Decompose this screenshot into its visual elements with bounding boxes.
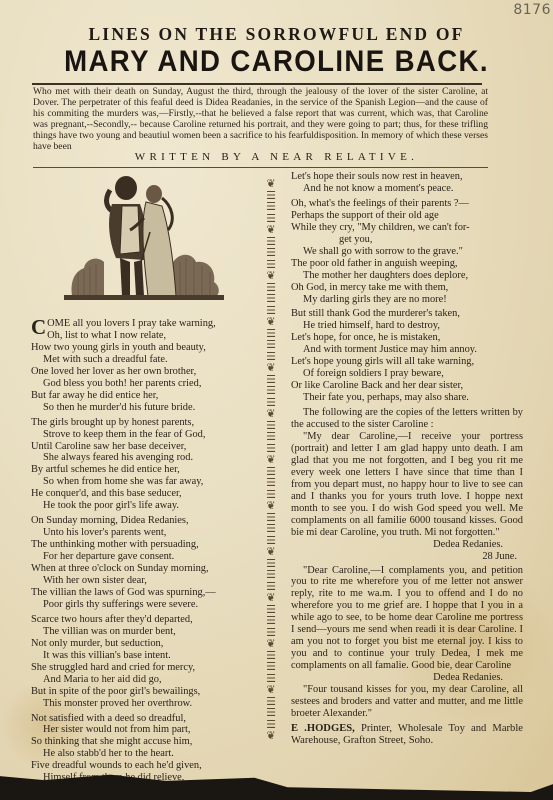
broadside-sheet: 8176 LINES ON THE SORROWFUL END OF MARY … <box>0 0 553 792</box>
verse-line: Her sister would not from him part, <box>31 724 266 736</box>
poem-left-column: C OME all you lovers I pray take warning… <box>31 318 266 787</box>
verse-line: And with torment Justice may him annoy. <box>291 344 523 356</box>
verse-line: But far away he did entice her, <box>31 390 266 402</box>
letters-section: The following are the copies of the lett… <box>291 407 523 746</box>
verse-line: This monster proved her overthrow. <box>31 698 266 710</box>
byline: WRITTEN BY A NEAR RELATIVE. <box>0 151 553 163</box>
scroll-ornament-icon: ☰ <box>266 431 276 443</box>
stanza: Oh, what's the feelings of their parents… <box>291 198 523 306</box>
verse-line: But still thank God the murderer's taken… <box>291 308 523 320</box>
fleuron-icon: ❦ <box>266 454 275 466</box>
verse-line: The mother her daughters does deplore, <box>291 270 523 282</box>
verse-line: Their fate you, perhaps, may also share. <box>291 392 523 404</box>
verse-line: He took the poor girl's life away. <box>31 500 266 512</box>
verse-line: Himself from them he did relieve, <box>31 772 266 784</box>
verse-line: My darling girls they are no more! <box>291 294 523 306</box>
verse-line: get you, <box>291 234 523 246</box>
scroll-ornament-icon: ☰ <box>266 385 276 397</box>
scroll-ornament-icon: ☰ <box>266 661 276 673</box>
stanza: The girls brought up by honest parents, … <box>31 417 266 513</box>
verse-line: Poor girls thy sufferings were severe. <box>31 599 266 611</box>
verse-line: The villian was on murder bent, <box>31 626 266 638</box>
verse-line: Let's hope their souls now rest in heave… <box>291 171 523 183</box>
verse-line: The unthinking mother with persuading, <box>31 539 266 551</box>
verse-line: So thinking that she might accuse him, <box>31 736 266 748</box>
column-rule <box>33 167 488 168</box>
fleuron-icon: ❦ <box>266 638 275 650</box>
fleuron-icon: ❦ <box>266 270 275 282</box>
fleuron-icon: ❦ <box>266 592 275 604</box>
scroll-ornament-icon: ☰ <box>266 247 276 259</box>
verse-line: How two young girls in youth and beauty, <box>31 342 266 354</box>
scroll-ornament-icon: ☰ <box>266 201 276 213</box>
title-rule <box>32 83 482 85</box>
scroll-ornament-icon: ☰ <box>266 339 276 351</box>
fleuron-icon: ❦ <box>266 408 275 420</box>
catalog-number: 8176 <box>513 2 551 18</box>
verse-line: OME all you lovers I pray take warning, <box>31 318 266 330</box>
printer-name: E .HODGES, <box>291 723 355 734</box>
verse-line: Unto his lover's parents went, <box>31 527 266 539</box>
letters-intro: The following are the copies of the lett… <box>291 407 523 431</box>
intro-paragraph: Who met with their death on Sunday, Augu… <box>33 86 488 153</box>
stanza: On Sunday morning, Didea Redanies, Unto … <box>31 515 266 611</box>
scroll-ornament-icon: ☰ <box>266 477 276 489</box>
postscript: "Four tousand kisses for you, my dear Ca… <box>291 684 523 720</box>
verse-line: We shall go with sorrow to the grave." <box>291 246 523 258</box>
verse-line: While they cry, "My children, we can't f… <box>291 222 523 234</box>
fleuron-icon: ❦ <box>266 362 275 374</box>
verse-line: But in spite of the poor girl's bewailin… <box>31 686 266 698</box>
verse-line: With her own sister dear, <box>31 575 266 587</box>
verse-line: Oh God, in mercy take me with them, <box>291 282 523 294</box>
fleuron-icon: ❦ <box>266 546 275 558</box>
verse-line: When at three o'clock on Sunday morning, <box>31 563 266 575</box>
letter-1-date: 28 June. <box>291 551 523 563</box>
fleuron-icon: ❦ <box>266 730 275 742</box>
stanza: Scarce two hours after they'd departed, … <box>31 614 266 710</box>
scroll-ornament-icon: ☰ <box>266 707 276 719</box>
verse-line: For her departure gave consent. <box>31 551 266 563</box>
scroll-ornament-icon: ☰ <box>266 569 276 581</box>
verse-line: Perhaps the support of their old age <box>291 210 523 222</box>
scroll-ornament-icon: ☰ <box>266 615 276 627</box>
verse-line: Scarce two hours after they'd departed, <box>31 614 266 626</box>
stanza: C OME all you lovers I pray take warning… <box>31 318 266 414</box>
letter-1: "My dear Caroline,—I receive your portre… <box>291 431 523 539</box>
verse-line: The villian the laws of God was spurning… <box>31 587 266 599</box>
verse-line: On Sunday morning, Didea Redanies, <box>31 515 266 527</box>
verse-line: It was this villian's base intent. <box>31 650 266 662</box>
verse-line: He also stabb'd her to the heart. <box>31 748 266 760</box>
fleuron-icon: ❦ <box>266 224 275 236</box>
fleuron-icon: ❦ <box>266 316 275 328</box>
scroll-ornament-icon: ☰ <box>266 523 276 535</box>
verse-line: She always feared his avenging rod. <box>31 452 266 464</box>
verse-line: God bless you both! her parents cried, <box>31 378 266 390</box>
fleuron-icon: ❦ <box>266 684 275 696</box>
fleuron-icon: ❦ <box>266 178 275 190</box>
verse-line: He tried himself, hard to destroy, <box>291 320 523 332</box>
letter-1-signature: Dedea Redanies. <box>291 539 523 551</box>
verse-line: By artful schemes he did entice her, <box>31 464 266 476</box>
verse-line: Met with such a dreadful fate. <box>31 354 266 366</box>
verse-line: The girls brought up by honest parents, <box>31 417 266 429</box>
stanza: Let's hope their souls now rest in heave… <box>291 171 523 195</box>
verse-line: She struggled hard and cried for mercy, <box>31 662 266 674</box>
verse-line: One loved her lover as her own brother, <box>31 366 266 378</box>
verse-line: Strove to keep them in the fear of God, <box>31 429 266 441</box>
title-line-1: LINES ON THE SORROWFUL END OF <box>0 24 553 45</box>
verse-line: So when from home she was far away, <box>31 476 266 488</box>
verse-line: Let's hope, for once, he is mistaken, <box>291 332 523 344</box>
verse-line: Oh, list to what I now relate, <box>31 330 266 342</box>
verse-line: Of foreign soldiers I pray beware, <box>291 368 523 380</box>
verse-line: He conquer'd, and this base seducer, <box>31 488 266 500</box>
verse-line: Not only murder, but seduction, <box>31 638 266 650</box>
verse-line: Oh, what's the feelings of their parents… <box>291 198 523 210</box>
stanza: Not satisfied with a deed so dreadful, H… <box>31 713 266 785</box>
verse-line: Or like Caroline Back and her dear siste… <box>291 380 523 392</box>
right-column: Let's hope their souls now rest in heave… <box>291 171 523 746</box>
verse-line: And he not know a moment's peace. <box>291 183 523 195</box>
verse-line: And Maria to her aid did go, <box>31 674 266 686</box>
fleuron-icon: ❦ <box>266 500 275 512</box>
verse-line: Let's hope young girls will all take war… <box>291 356 523 368</box>
printer-imprint: E .HODGES, Printer, Wholesale Toy and Ma… <box>291 723 523 747</box>
verse-line: Five dreadful wounds to each he'd given, <box>31 760 266 772</box>
letter-2: "Dear Caroline,—I complaments you, and p… <box>291 565 523 673</box>
verse-line: Until Caroline saw her base deceiver, <box>31 441 266 453</box>
ornamental-divider: ❦ ☰ ☰ ☰ ❦ ☰ ☰ ☰ ❦ ☰ ☰ ☰ ❦ ☰ ☰ ☰ ❦ ☰ ☰ ☰ … <box>264 178 278 778</box>
scroll-ornament-icon: ☰ <box>266 293 276 305</box>
letter-2-signature: Dedea Redanies. <box>291 672 523 684</box>
drop-cap: C <box>31 317 46 337</box>
woodcut-illustration <box>64 172 224 300</box>
verse-line: The poor old father in anguish weeping, <box>291 258 523 270</box>
verse-line: Not satisfied with a deed so dreadful, <box>31 713 266 725</box>
stanza: But still thank God the murderer's taken… <box>291 308 523 404</box>
verse-line: So then he murder'd his future bride. <box>31 402 266 414</box>
title-line-2: MARY AND CAROLINE BACK. <box>22 45 531 79</box>
